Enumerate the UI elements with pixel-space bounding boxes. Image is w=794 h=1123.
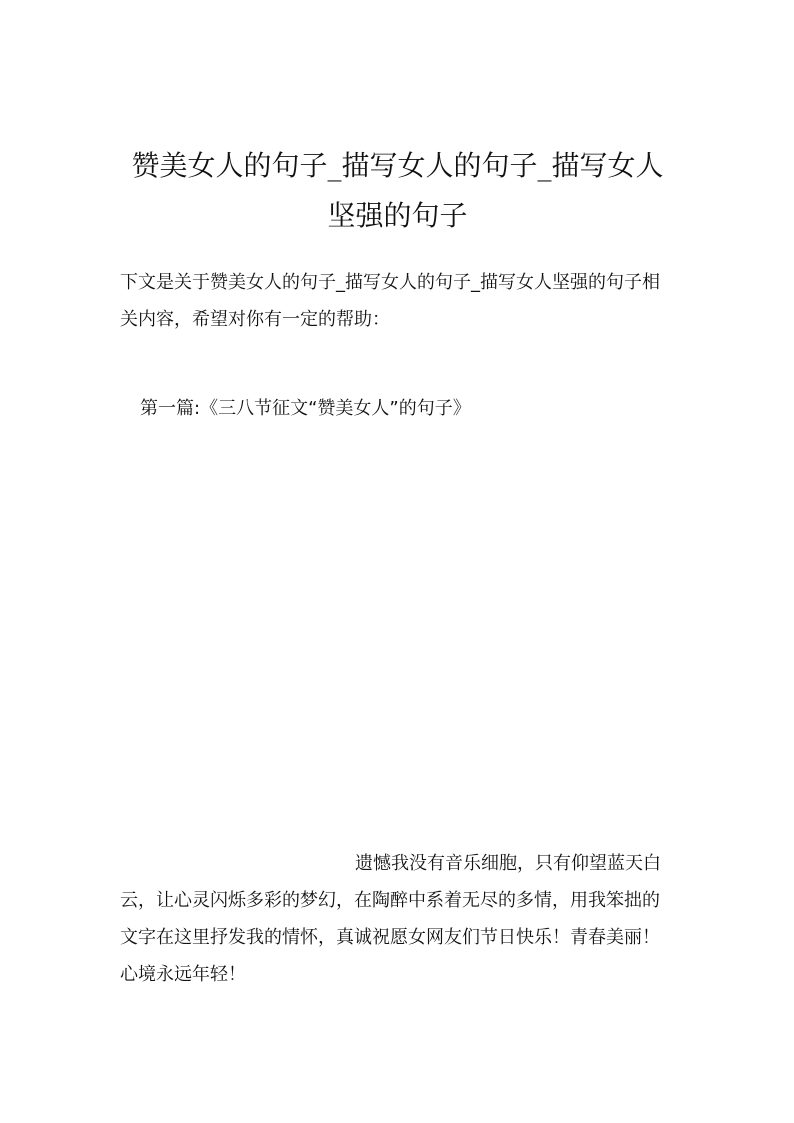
section-heading: 第一篇:《三八节征文“赞美女人”的句子》	[140, 390, 695, 427]
intro-paragraph: 下文是关于赞美女人的句子_描写女人的句子_描写女人坚强的句子相关内容，希望对你有…	[120, 264, 675, 338]
document-page: 赞美女人的句子_描写女人的句子_描写女人坚强的句子 下文是关于赞美女人的句子_描…	[0, 0, 794, 1123]
body-paragraph: 遗憾我没有音乐细胞，只有仰望蓝天白云，让心灵闪烁多彩的梦幻，在陶醉中系着无尽的多…	[120, 845, 675, 993]
document-title: 赞美女人的句子_描写女人的句子_描写女人坚强的句子	[120, 141, 675, 241]
